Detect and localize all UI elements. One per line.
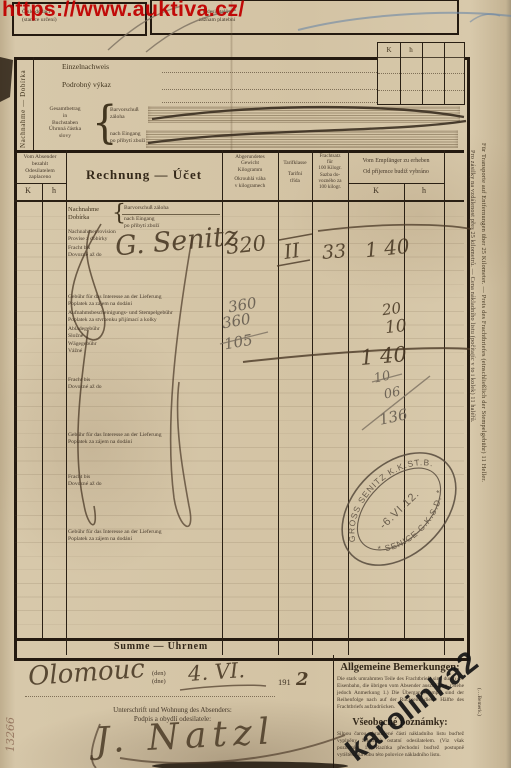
total-label-de1: Gesamtbetrag [36,106,94,113]
row-label-de: Nachnahme [68,206,99,214]
kh-line-col1 [14,183,66,184]
row-label-cs: Poplatek za zájem na dodání [68,439,220,446]
row-label-de: Aufnahmsbescheinigungs- und Stempelgebüh… [68,310,223,317]
col4-l1: Tarifklasse [278,160,312,166]
margin-note-cs: Pro zásilky na vzdálenost přes 25 kilome… [469,150,475,650]
mini-col-k: K [378,46,400,54]
col1-l1: Vom Absender [14,154,66,161]
bottom-smudge [152,762,348,768]
col1-l4: zaplaceno [14,174,66,181]
mini-table-dotted [378,73,464,74]
row-label-de: Nachnahmeprovision [68,229,116,236]
detail-dotted-line [162,89,377,90]
kh-line-col6 [348,183,444,184]
row-label-de: Gebühr für das Interesse an der Lieferun… [68,529,220,536]
row-stempelgebuehr: Aufnahmsbescheinigungs- und Stempelgebüh… [68,310,223,324]
row-label-cs: Provise z dobírky [68,236,116,243]
sub-b-de: nach Eingang [124,216,159,223]
row-label-cs: Poplatek za zájem na dodání [68,536,220,543]
dne-label: (dne) [152,678,166,686]
mini-amount-table: K h [377,42,465,105]
handwritten-signature: J. Natzl [94,711,276,761]
col6-k: K [348,186,404,195]
handwritten-rate: 33 [321,240,347,264]
year-printed: 191 [278,677,291,687]
handwritten-weight: 320 [225,231,267,259]
col6-header-de: Vom Empfänger zu erheben [348,158,444,165]
advance-label: Barvorschuß záloha [110,107,139,121]
row-label-cs: Dovozné až do [68,481,102,488]
row-nachnahme-sub-a: Barvorschuß záloha [124,205,169,212]
total-label-cs2: slovy [36,133,94,140]
sub-a-de: Barvorschuß [124,205,153,211]
after-de: nach Eingang [110,131,145,138]
col3-l3: Kilogramm [222,167,278,173]
row-interesse-1: Gebühr für das Interesse an der Lieferun… [68,294,220,308]
handwritten-total: 1 40 [359,342,408,370]
row-label-cs: Poplatek za stvrzenku přijímací a kolky [68,317,223,324]
row-label-cs: Složné [68,333,100,340]
col1-header: Vom Absender bezahlt Odesilatelem zaplac… [14,154,66,181]
row-provision: Nachnahmeprovision Provise z dobírky [68,229,116,243]
detail-dotted-line [162,102,377,103]
detail-label-cs: Podrobný výkaz [62,80,111,89]
row-label-de: Gebühr für das Interesse an der Lieferun… [68,294,220,301]
row-label-cs: Dobírka [68,214,99,222]
total-in-words-label: Gesamtbetrag in Buchstaben Úhrnná částka… [36,106,94,140]
row-fracht-3: Fracht bis Dovozné až do [68,474,102,488]
torn-corner [0,57,13,102]
row-label-cs: Dovozné až do [68,384,102,391]
mini-table-dotted [378,90,464,91]
row-interesse-3: Gebühr für das Interesse an der Lieferun… [68,529,220,543]
col5-header: Frachtsatz für 100 Kilogr. Sazba do- voz… [312,153,348,190]
mini-col-h: h [400,46,422,54]
row-abladegebuehr: Abladegebühr Složné [68,326,100,340]
advance-de: Barvorschuß [110,107,139,114]
watermark-url: https://www.auktiva.cz/ [2,0,245,22]
amount-field-hatched-1 [148,106,460,123]
row-interesse-2: Gebühr für das Interesse an der Lieferun… [68,432,220,446]
header-bottom-border [14,200,464,202]
row-fracht-2: Fracht bis Dovozné až do [68,377,102,391]
handwritten-fee-unload: 10 [384,316,408,338]
amount-field-hatched-2 [146,130,458,148]
col1-l2: bezahlt [14,161,66,168]
advance-cs: záloha [110,114,139,121]
col6-h: h [404,186,444,195]
cod-side-separator [33,57,34,150]
margin-number: 13266 [4,717,17,752]
remarks-side-note: (…Bemerk.) [475,688,482,716]
row-label-de: Abladegebühr [68,326,100,333]
col1-l3: Odesilatelem [14,168,66,175]
row-nachnahme-divider [122,214,220,215]
row-label-de: Gebühr für das Interesse an der Lieferun… [68,432,220,439]
col5-l6: 100 kilogr. [312,184,348,190]
row-label-de: Fracht bis [68,377,102,384]
margin-note-de: Für Transporte auf Entfernungen über 25 … [480,143,487,663]
row-nachnahme: Nachnahme Dobírka [68,206,99,222]
year-handwritten: 2 [296,669,309,690]
row-label-de: Fracht bis [68,474,102,481]
mini-table-line [378,57,464,58]
detail-label-de: Einzelnachweis [62,62,109,71]
row-label-cs: Vážné [68,348,97,355]
handwritten-freight: 1 40 [364,234,411,263]
col6-header-cs: Od příjemce budiž vybráno [348,169,444,176]
date-baseline [25,696,275,697]
total-label-de2: in [36,113,94,120]
summe-row-label: Summe — Úhrnem [66,641,256,652]
row-label-de: Wägegebühr [68,341,97,348]
table-top-border [14,150,464,153]
detail-dotted-line [162,72,377,73]
den-label: (den) [152,670,166,678]
col4-header: Tarifklasse Tarifní třída [278,160,312,184]
cod-side-label: Nachnahme — Dobírka [19,70,27,148]
row-waegegebuehr: Wägegebühr Vážné [68,341,97,355]
sub-a-cs: záloha [154,205,169,211]
total-label-cs1: Úhrnná částka [36,126,94,133]
den-dne-label: (den) (dne) [152,670,166,686]
row-label-cs: Poplatek za zájem na dodání [68,301,220,308]
col1-k: K [14,186,42,195]
row-fracht-1: Fracht bis Dovozné až do [68,245,102,259]
row-label-de: Fracht bis [68,245,102,252]
col1-h: h [42,186,66,195]
row-label-cs: Dovozné až do [68,252,102,259]
after-cs: po přibytí zboží [110,138,145,145]
col3-header: Abgerundetes Gewicht Kilogramm Okrouhlá … [222,154,278,189]
footer-separator [333,655,334,768]
col4-l3: třída [278,178,312,184]
handwritten-class: II [282,238,301,264]
handwritten-date: 4. VI. [187,658,245,686]
col3-l5: v kilogramech [222,183,278,189]
after-arrival-label: nach Eingang po přibytí zboží [110,131,145,145]
rechnung-title: Rechnung — Účet [66,167,222,183]
freight-document-scan: Číslo dodací (stanice určení) Odesilatel… [0,0,511,768]
